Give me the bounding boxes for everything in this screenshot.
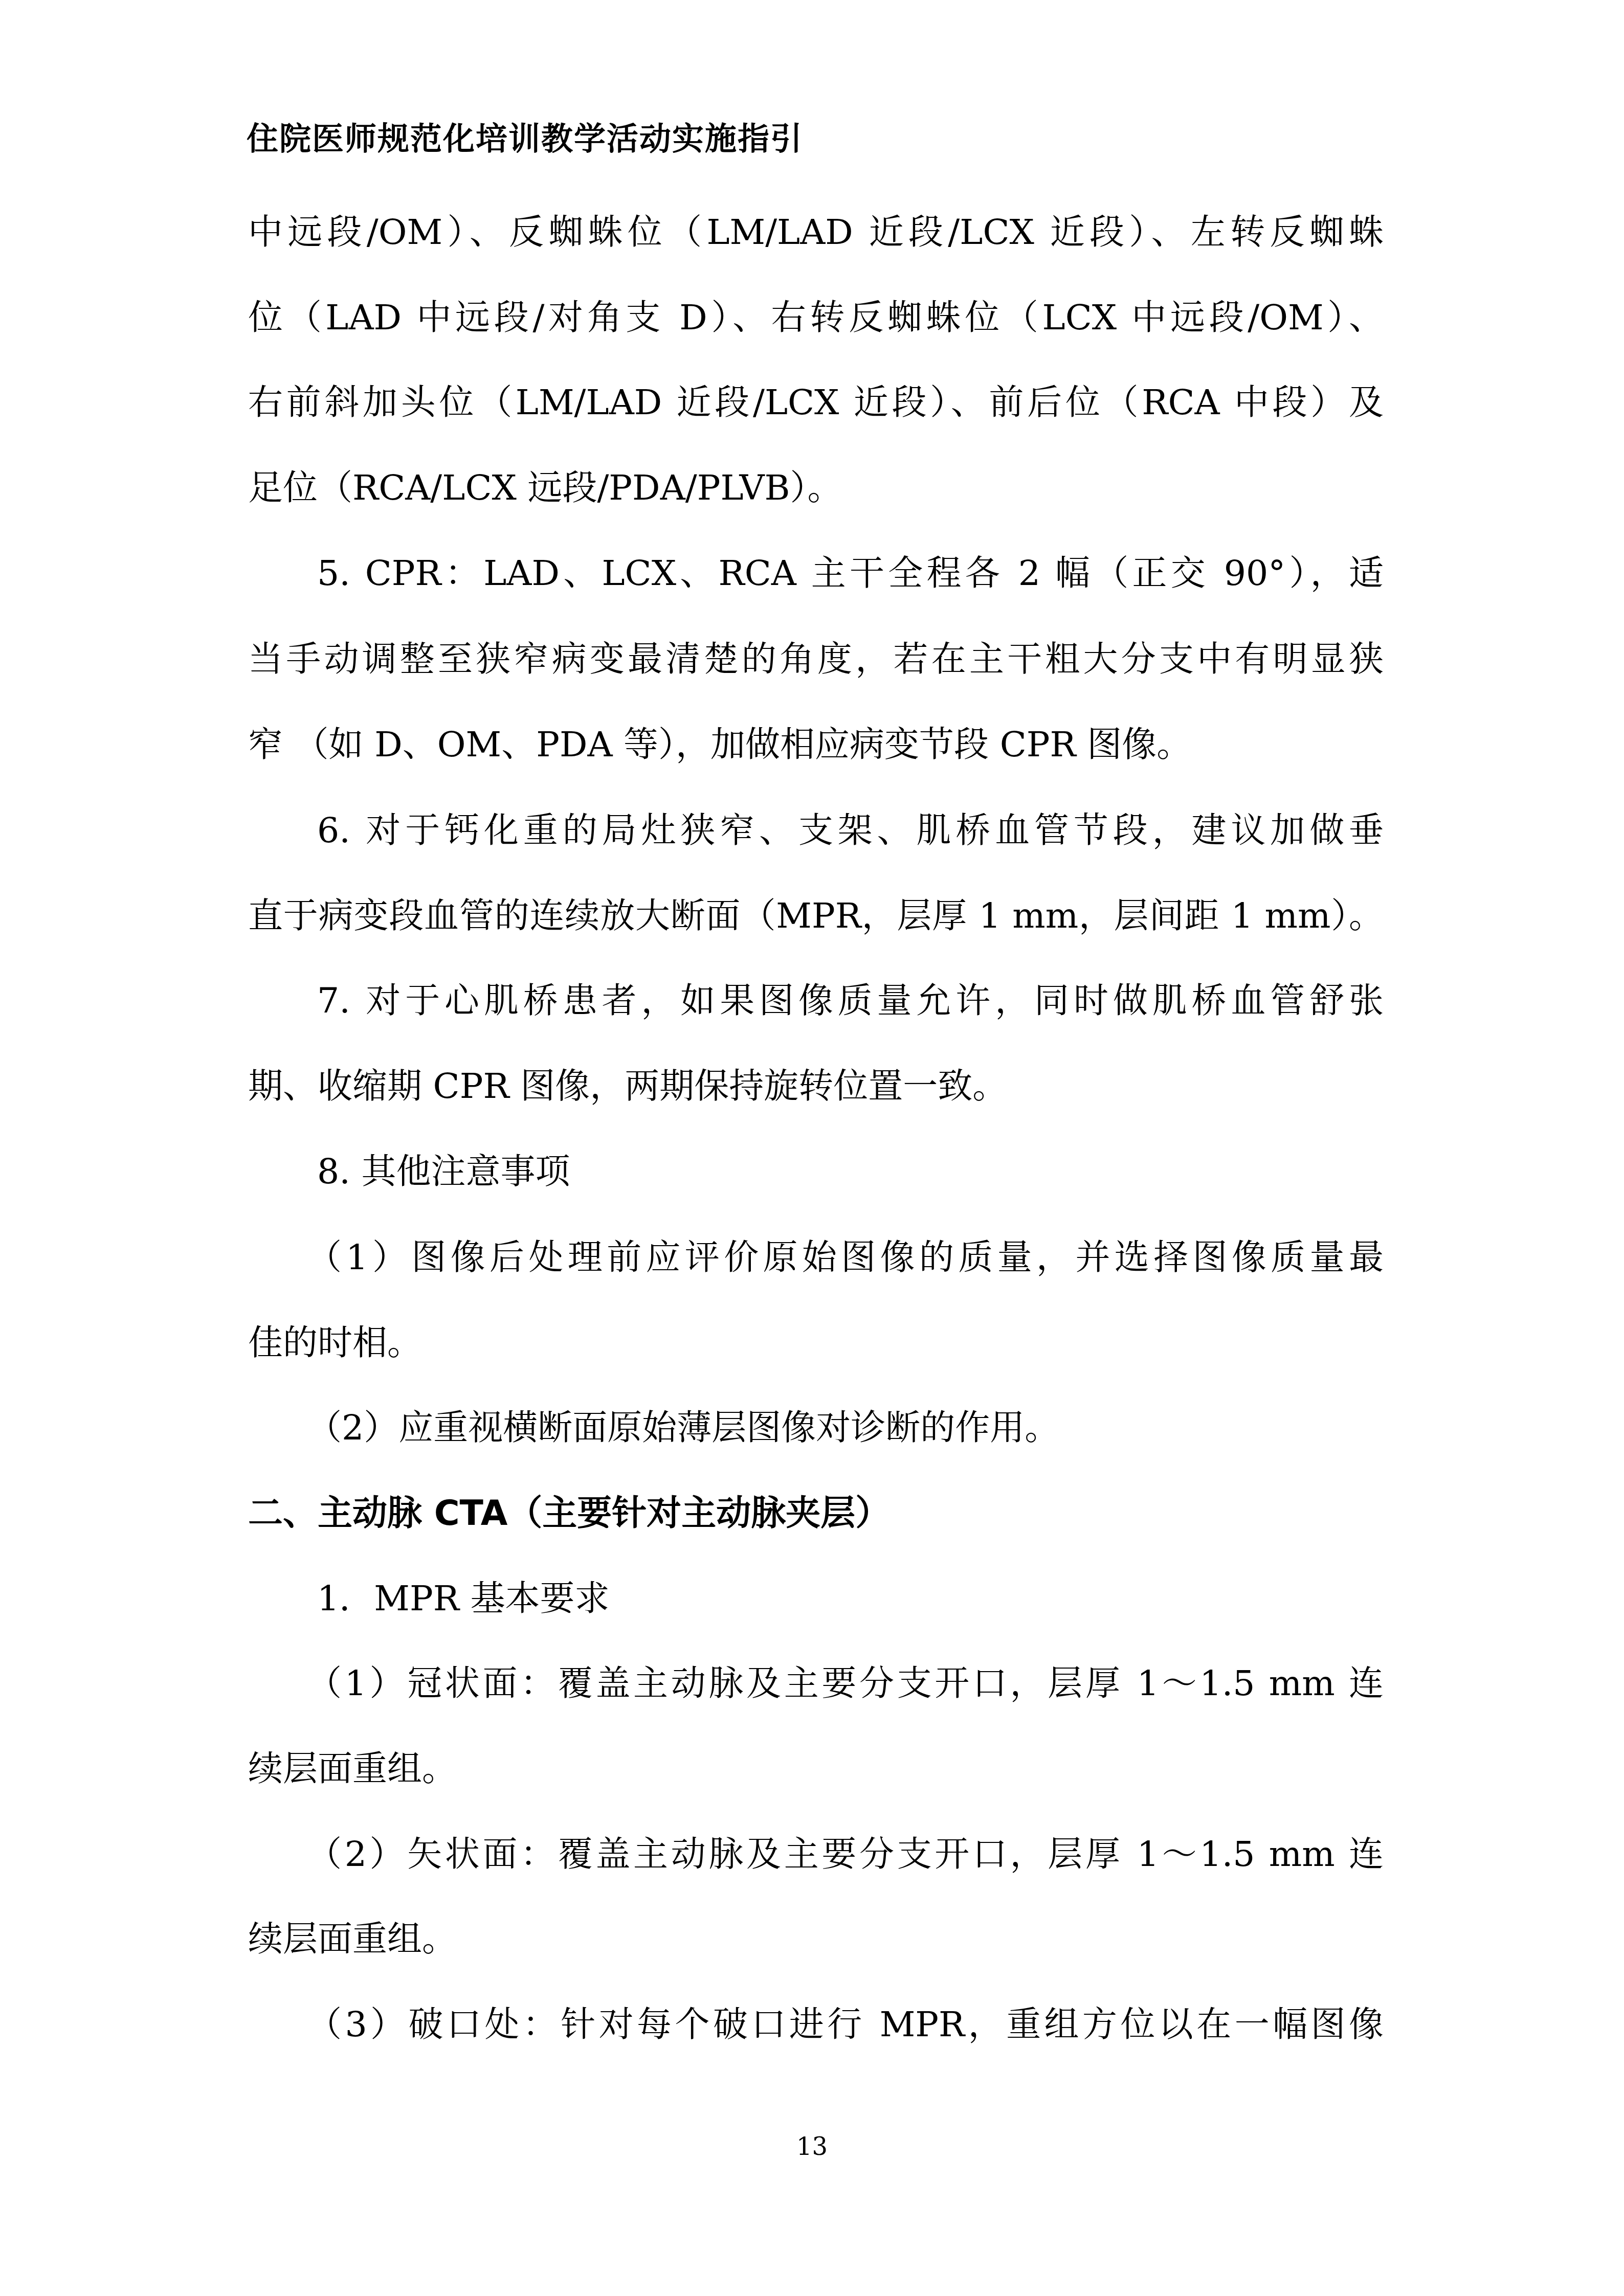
paragraph-line: 8. 其他注意事项 [317,1152,1384,1192]
paragraph-line: （2）应重视横断面原始薄层图像对诊断的作用。 [307,1408,1373,1449]
paragraph-line: 足位（RCA/LCX 远段/PDA/PLVB）。 [248,468,1384,509]
paragraph-line: 续层面重组。 [248,1749,1384,1790]
paragraph-line: （1）图像后处理前应评价原始图像的质量，并选择图像质量最 [307,1237,1384,1278]
paragraph-line: 右前斜加头位（LM/LAD 近段/LCX 近段）、前后位（RCA 中段）及 [248,382,1384,423]
paragraph-line: （2）矢状面：覆盖主动脉及主要分支开口，层厚 1～1.5 mm 连 [307,1834,1384,1875]
paragraph-line: 当手动调整至狭窄病变最清楚的角度，若在主干粗大分支中有明显狭 [248,639,1384,680]
paragraph-line: 中远段/OM）、反蜘蛛位（LM/LAD 近段/LCX 近段）、左转反蜘蛛 [248,212,1384,253]
page-number: 13 [0,2132,1624,2161]
paragraph-line: 直于病变段血管的连续放大断面（MPR，层厚 1 mm，层间距 1 mm）。 [248,896,1384,937]
paragraph-line: （3）破口处：针对每个破口进行 MPR，重组方位以在一幅图像 [307,2005,1384,2045]
paragraph-line: 续层面重组。 [248,1919,1384,1960]
running-header: 住院医师规范化培训教学活动实施指引 [247,114,803,159]
paragraph-line: 期、收缩期 CPR 图像，两期保持旋转位置一致。 [248,1066,1384,1107]
paragraph-line: 位（LAD 中远段/对角支 D）、右转反蜘蛛位（LCX 中远段/OM）、 [248,298,1384,339]
paragraph-line: （1）冠状面：覆盖主动脉及主要分支开口，层厚 1～1.5 mm 连 [307,1663,1384,1704]
paragraph-line: 1．MPR 基本要求 [317,1579,1384,1619]
paragraph-line: 5. CPR：LAD、LCX、RCA 主干全程各 2 幅（正交 90°），适 [317,553,1384,594]
paragraph-line: 7. 对于心肌桥患者，如果图像质量允许，同时做肌桥血管舒张 [317,981,1384,1022]
paragraph-line: 佳的时相。 [248,1323,1384,1364]
section-heading: 二、主动脉 CTA（主要针对主动脉夹层） [248,1493,890,1534]
paragraph-line: 窄 （如 D、OM、PDA 等），加做相应病变节段 CPR 图像。 [248,725,1384,766]
paragraph-line: 6. 对于钙化重的局灶狭窄、支架、肌桥血管节段，建议加做垂 [317,811,1384,851]
